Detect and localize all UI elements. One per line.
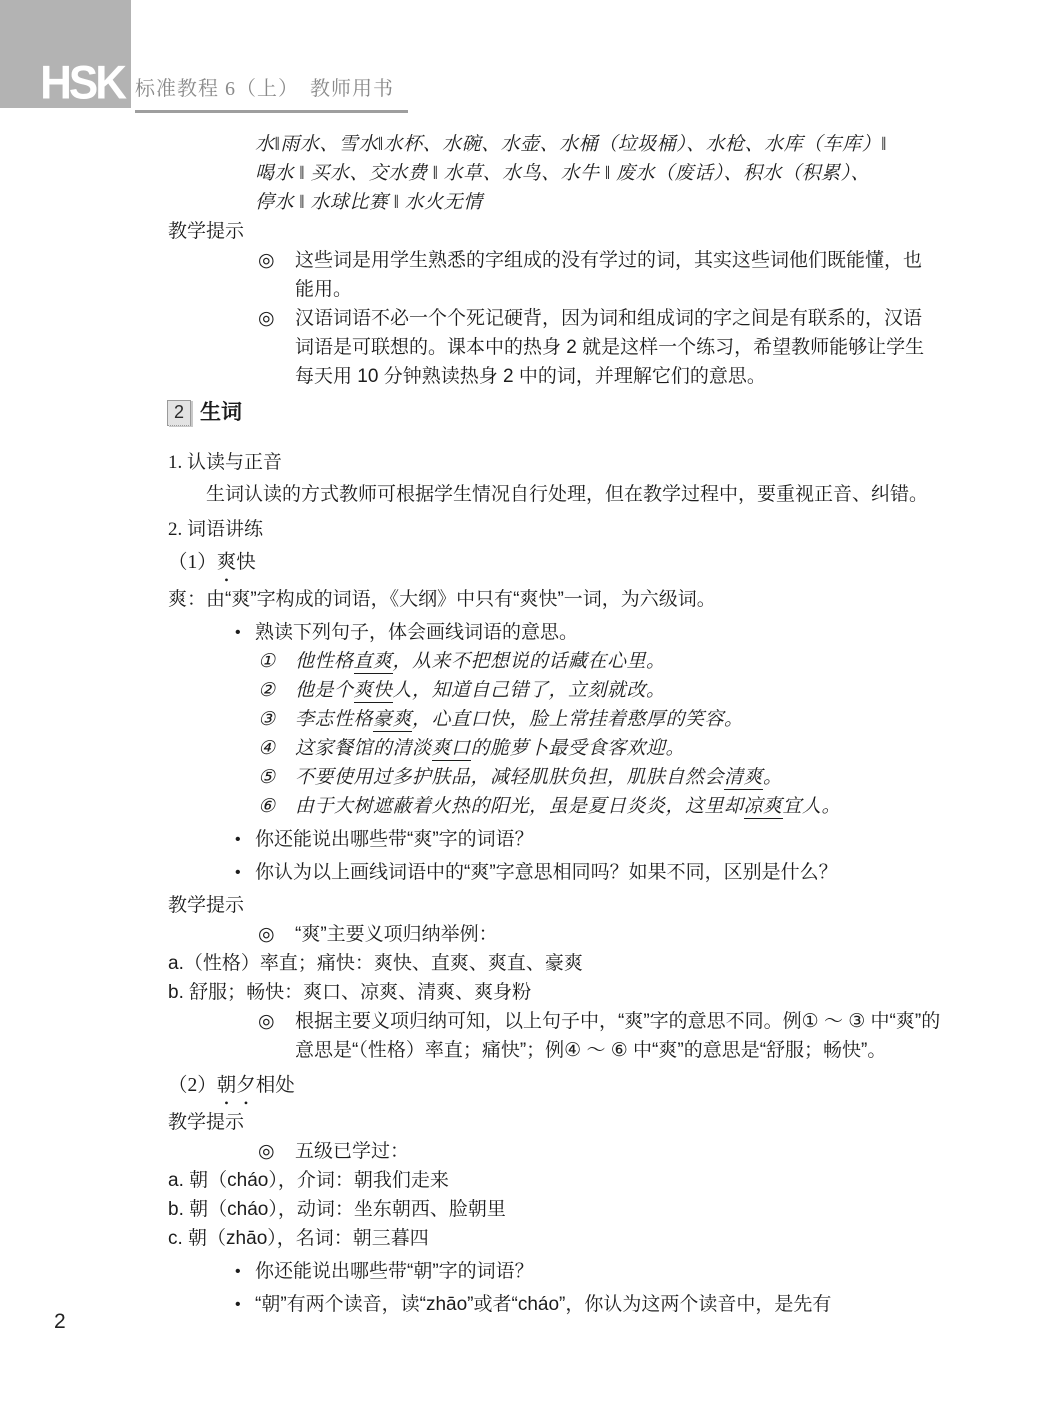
teaching-tips-label-2: 教学提示 [168,891,943,920]
warmup-line-3: 停水 ‖ 水球比赛 ‖ 水火无情 [255,188,943,217]
example-sentence-6: ⑥ 由于大树遮蔽着火热的阳光，虽是夏日炎炎，这里却凉爽宜人。 [258,792,943,821]
bullet-text: 你还能说出哪些带“爽”字的词语？ [255,825,943,854]
section-header: 2 生词 [167,398,943,427]
page-header: HSK 标准教程 6（上） 教师用书 [0,0,1039,112]
activity-bullet: • 熟读下列句子，体会画线词语的意思。 [235,618,943,647]
circled-number-icon: ⑤ [258,763,295,792]
tip-text: 根据主要义项归纳可知，以上句子中，“爽”字的意思不同。例① ～ ③ 中“爽”的意… [295,1007,943,1065]
tip-bullseye-icon: ◎ [258,246,295,275]
chao-usage-b: b. 朝（cháo），动词：坐东朝西、脸朝里 [168,1195,943,1224]
underlined-word: 豪爽 [373,709,412,732]
sentence-text: 他是个爽快人，知道自己错了，立刻就改。 [295,676,943,705]
circled-number-icon: ① [258,647,295,676]
warmup-line-2: 喝水 ‖ 买水、交水费 ‖ 水草、水鸟、水牛 ‖ 废水（废话）、积水（积累）、 [255,159,943,188]
teaching-tip: ◎ “爽”主要义项归纳举例： [258,920,943,949]
activity-bullet: • “朝”有两个读音，读“zhāo”或者“cháo”，你认为这两个读音中，是先有 [235,1290,943,1319]
subsection-paragraph: 生词认读的方式教师可根据学生情况自行处理，但在教学过程中，要重视正音、纠错。 [168,480,943,509]
bullet-text: 你还能说出哪些带“朝”字的词语？ [255,1257,943,1286]
emphasized-char: 夕 [236,1071,256,1100]
underlined-word: 清爽 [724,767,763,790]
subsection-heading-1: 1. 认读与正音 [168,448,943,477]
teaching-tip: ◎ 五级已学过： [258,1137,943,1166]
chao-usage-c: c. 朝（zhāo），名词：朝三暮四 [168,1224,943,1253]
underlined-word: 直爽 [354,651,393,674]
tip-text: 这些词是用学生熟悉的字组成的没有学过的词，其实这些词他们既能懂，也能用。 [295,246,925,304]
tip-bullseye-icon: ◎ [258,304,295,333]
word-item-label-2: （2）朝夕相处 [168,1071,943,1100]
bullet-dot-icon: • [235,1257,255,1286]
sentence-text: 不要使用过多护肤品，减轻肌肤负担，肌肤自然会清爽。 [295,763,943,792]
meaning-item-a: a.（性格）率直；痛快：爽快、直爽、爽直、豪爽 [168,949,943,978]
section-title: 生词 [200,398,242,427]
underlined-word: 爽快 [354,680,393,703]
tip-text: “爽”主要义项归纳举例： [295,920,943,949]
circled-number-icon: ② [258,676,295,705]
hsk-logo-text: HSK [40,61,124,106]
warmup-word-list: 水‖雨水、雪水‖水杯、水碗、水壶、水桶（垃圾桶）、水枪、水库（车库）‖ 喝水 ‖… [255,130,943,217]
activity-bullet: • 你还能说出哪些带“爽”字的词语？ [235,825,943,854]
tip-text: 五级已学过： [295,1137,943,1166]
underlined-word: 爽口 [432,738,471,761]
sentence-text: 由于大树遮蔽着火热的阳光，虽是夏日炎炎，这里却凉爽宜人。 [295,792,943,821]
sentence-text: 他性格直爽，从来不把想说的话藏在心里。 [295,647,943,676]
chao-usage-a: a. 朝（cháo），介词：朝我们走来 [168,1166,943,1195]
bullet-text: 熟读下列句子，体会画线词语的意思。 [255,618,943,647]
page-content: 水‖雨水、雪水‖水杯、水碗、水壶、水桶（垃圾桶）、水枪、水库（车库）‖ 喝水 ‖… [0,112,1039,1319]
bullet-text: 你认为以上画线词语中的“爽”字意思相同吗？如果不同，区别是什么？ [255,858,943,887]
tip-text: 汉语词语不必一个个死记硬背，因为词和组成词的字之间是有联系的，汉语词语是可联想的… [295,304,925,391]
tip-bullseye-icon: ◎ [258,1137,295,1166]
bullet-dot-icon: • [235,825,255,854]
circled-number-icon: ⑥ [258,792,295,821]
book-title-underline: 标准教程 6（上） 教师用书 [135,72,408,113]
example-sentence-2: ② 他是个爽快人，知道自己错了，立刻就改。 [258,676,943,705]
sentence-text: 李志性格豪爽，心直口快，脸上常挂着憨厚的笑容。 [295,705,943,734]
sentence-text: 这家餐馆的清淡爽口的脆萝卜最受食客欢迎。 [295,734,943,763]
example-sentence-4: ④ 这家餐馆的清淡爽口的脆萝卜最受食客欢迎。 [258,734,943,763]
bullet-dot-icon: • [235,1290,255,1319]
word-item-label-1: （1）爽快 [168,548,943,577]
teaching-tips-label-1: 教学提示 [168,217,943,246]
example-sentence-3: ③ 李志性格豪爽，心直口快，脸上常挂着憨厚的笑容。 [258,705,943,734]
tip-bullseye-icon: ◎ [258,1007,295,1036]
bullet-dot-icon: • [235,858,255,887]
warmup-line-1: 水‖雨水、雪水‖水杯、水碗、水壶、水桶（垃圾桶）、水枪、水库（车库）‖ [255,130,943,159]
page-number: 2 [54,1310,66,1334]
section-number-badge: 2 [167,400,191,426]
emphasized-char: 爽 [217,548,237,577]
hsk-logo: HSK [0,0,131,108]
emphasized-char: 朝 [217,1071,237,1100]
example-sentence-5: ⑤ 不要使用过多护肤品，减轻肌肤负担，肌肤自然会清爽。 [258,763,943,792]
tip-bullseye-icon: ◎ [258,920,295,949]
bullet-text: “朝”有两个读音，读“zhāo”或者“cháo”，你认为这两个读音中，是先有 [255,1290,943,1319]
teaching-tip: ◎ 根据主要义项归纳可知，以上句子中，“爽”字的意思不同。例① ～ ③ 中“爽”… [258,1007,943,1065]
teaching-tip: ◎ 汉语词语不必一个个死记硬背，因为词和组成词的字之间是有联系的，汉语词语是可联… [258,304,943,391]
subsection-heading-2: 2. 词语讲练 [168,515,943,544]
book-title: 标准教程 6（上） 教师用书 [135,78,394,100]
activity-bullet: • 你还能说出哪些带“朝”字的词语？ [235,1257,943,1286]
word-intro: 爽：由“爽”字构成的词语，《大纲》中只有“爽快”一词，为六级词。 [168,585,943,614]
meaning-item-b: b. 舒服；畅快：爽口、凉爽、清爽、爽身粉 [168,978,943,1007]
bullet-dot-icon: • [235,618,255,647]
teaching-tip: ◎ 这些词是用学生熟悉的字组成的没有学过的词，其实这些词他们既能懂，也能用。 [258,246,943,304]
teaching-tips-label-3: 教学提示 [168,1108,943,1137]
activity-bullet: • 你认为以上画线词语中的“爽”字意思相同吗？如果不同，区别是什么？ [235,858,943,887]
circled-number-icon: ③ [258,705,295,734]
circled-number-icon: ④ [258,734,295,763]
underlined-word: 凉爽 [744,796,783,819]
example-sentence-1: ① 他性格直爽，从来不把想说的话藏在心里。 [258,647,943,676]
